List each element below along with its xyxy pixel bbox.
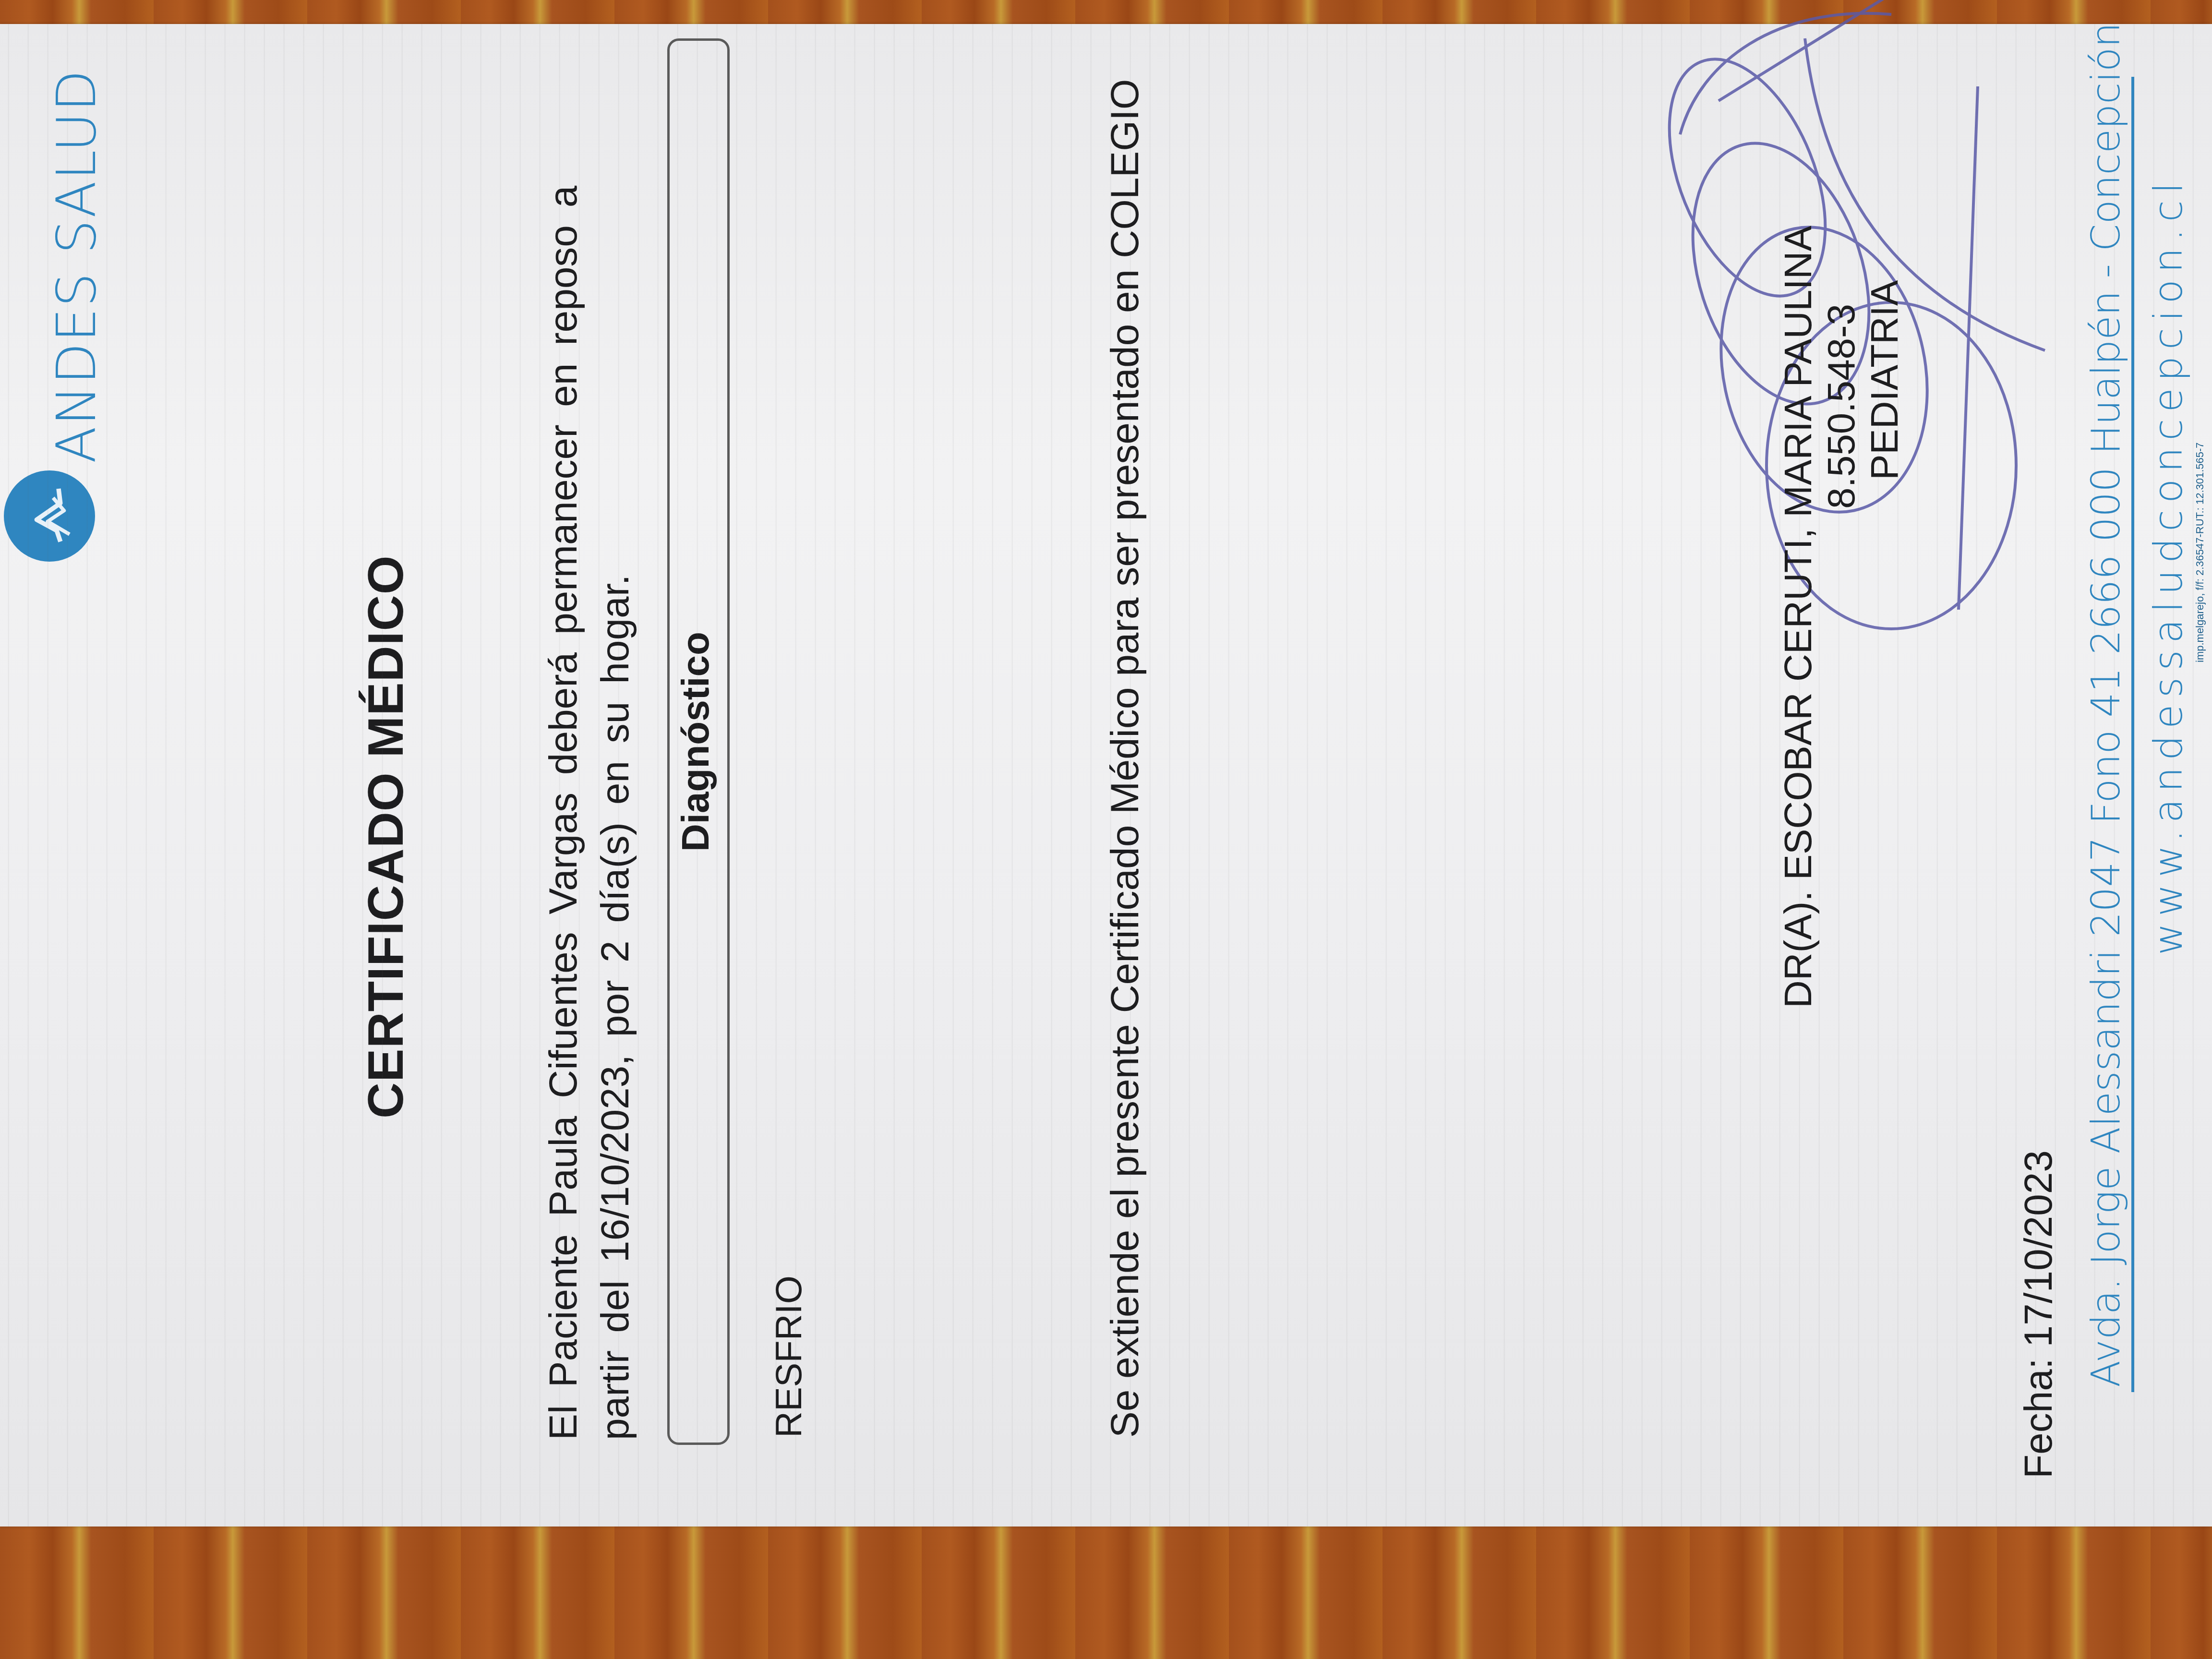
brand-name: ANDES SALUD xyxy=(46,69,108,463)
address-underline xyxy=(2131,77,2134,1392)
andes-mountain-logo-icon xyxy=(4,470,95,562)
physician-specialty: PEDIATRIA xyxy=(1863,280,1907,480)
extension-paragraph: Se extiende el presente Certificado Médi… xyxy=(1099,46,1151,1438)
certificate-title: CERTIFICADO MÉDICO xyxy=(358,555,415,1118)
date-value: 17/10/2023 xyxy=(2017,1150,2060,1347)
medical-certificate-paper: ANDES SALUD CERTIFICADO MÉDICO El Pacien… xyxy=(0,24,2212,1527)
diagnosis-header-box: Diagnóstico xyxy=(667,38,730,1445)
rest-statement-paragraph: El Paciente Paula Cifuentes Vargas deber… xyxy=(538,144,641,1440)
date-label: Fecha: xyxy=(2017,1358,2060,1479)
clinic-website: www.andessaludconcepcion.cl xyxy=(2146,176,2191,955)
clinic-address: Avda. Jorge Alessandri 2047 Fono 41 2666… xyxy=(2083,23,2129,1387)
diagnosis-label: Diagnóstico xyxy=(673,41,718,1443)
issue-date: Fecha: 17/10/2023 xyxy=(2016,1150,2061,1479)
diagnosis-value: RESFRIO xyxy=(768,1275,810,1438)
physician-name: DR(A). ESCOBAR CERUTI, MARIA PAULINA xyxy=(1776,226,1820,1008)
printer-imprint: imp.melgarejo, f/f: 2.36547-RUT.: 12.301… xyxy=(2194,442,2206,662)
physician-rut: 8.550.548-3 xyxy=(1819,304,1863,509)
